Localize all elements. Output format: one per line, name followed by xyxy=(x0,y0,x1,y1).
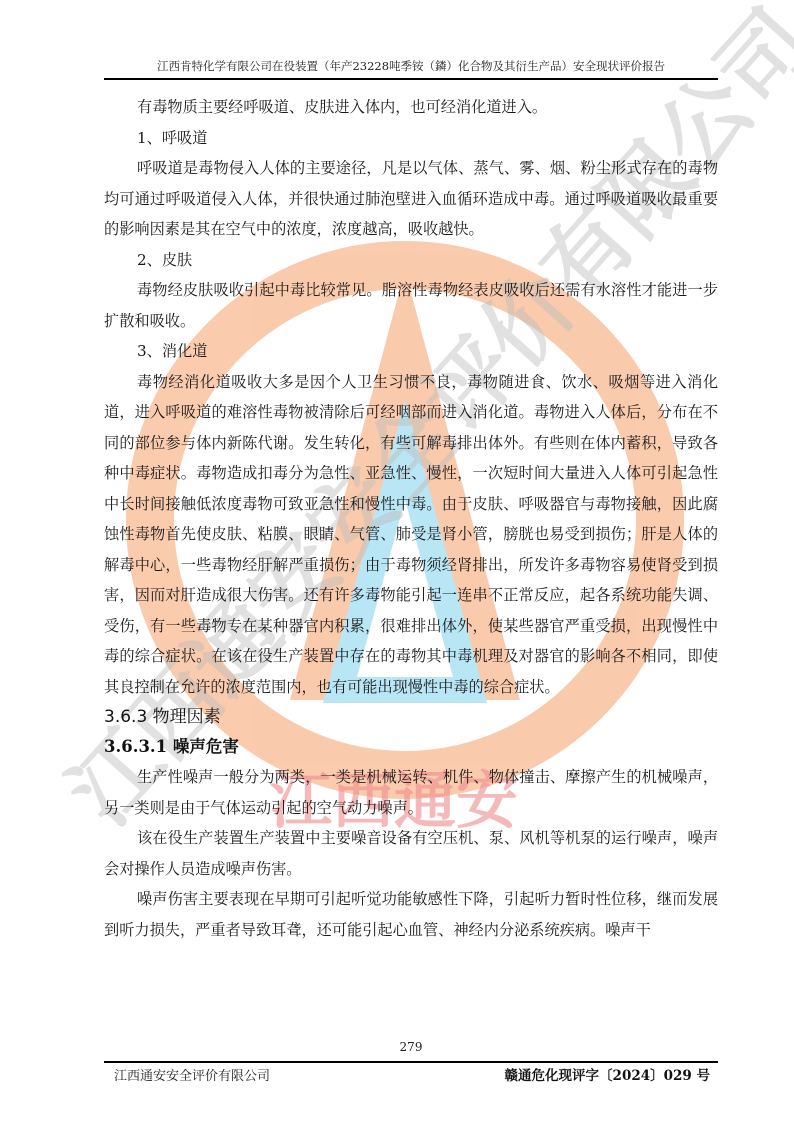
list-heading-skin: 2、皮肤 xyxy=(104,245,718,276)
running-header: 江西肯特化学有限公司在役装置（年产23228吨季铵（鏻）化合物及其衍生产品）安全… xyxy=(104,58,718,74)
footer-company-name: 江西通安安全评价有限公司 xyxy=(114,1065,270,1084)
list-heading-respiratory: 1、呼吸道 xyxy=(104,123,718,154)
section-heading-physical-factors: 3.6.3 物理因素 xyxy=(104,702,718,732)
paragraph: 呼吸道是毒物侵入人体的主要途径，凡是以气体、蒸气、雾、烟、粉尘形式存在的毒物均可… xyxy=(104,153,718,245)
footer-document-number: 赣通危化现评字〔2024〕029 号 xyxy=(505,1064,710,1084)
page-number: 279 xyxy=(104,1040,718,1054)
subsection-heading-noise: 3.6.3.1 噪声危害 xyxy=(104,732,718,762)
paragraph: 有毒物质主要经呼吸道、皮肤进入体内，也可经消化道进入。 xyxy=(104,92,718,123)
paragraph: 噪声伤害主要表现在早期可引起听觉功能敏感性下降，引起听力暂时性位移，继而发展到听… xyxy=(104,884,718,945)
paragraph: 该在役生产装置生产装置中主要噪音设备有空压机、泵、风机等机泵的运行噪声，噪声会对… xyxy=(104,823,718,884)
paragraph: 毒物经皮肤吸收引起中毒比较常见。脂溶性毒物经表皮吸收后还需有水溶性才能进一步扩散… xyxy=(104,275,718,336)
header-divider xyxy=(104,78,718,80)
footer-divider xyxy=(104,1061,718,1063)
paragraph: 生产性噪声一般分为两类，一类是机械运转、机件、物体撞击、摩擦产生的机械噪声，另一… xyxy=(104,762,718,823)
paragraph: 毒物经消化道吸收大多是因个人卫生习惯不良，毒物随进食、饮水、吸烟等进入消化道，进… xyxy=(104,367,718,703)
list-heading-digestive: 3、消化道 xyxy=(104,336,718,367)
page-body: 有毒物质主要经呼吸道、皮肤进入体内，也可经消化道进入。 1、呼吸道 呼吸道是毒物… xyxy=(104,92,718,945)
